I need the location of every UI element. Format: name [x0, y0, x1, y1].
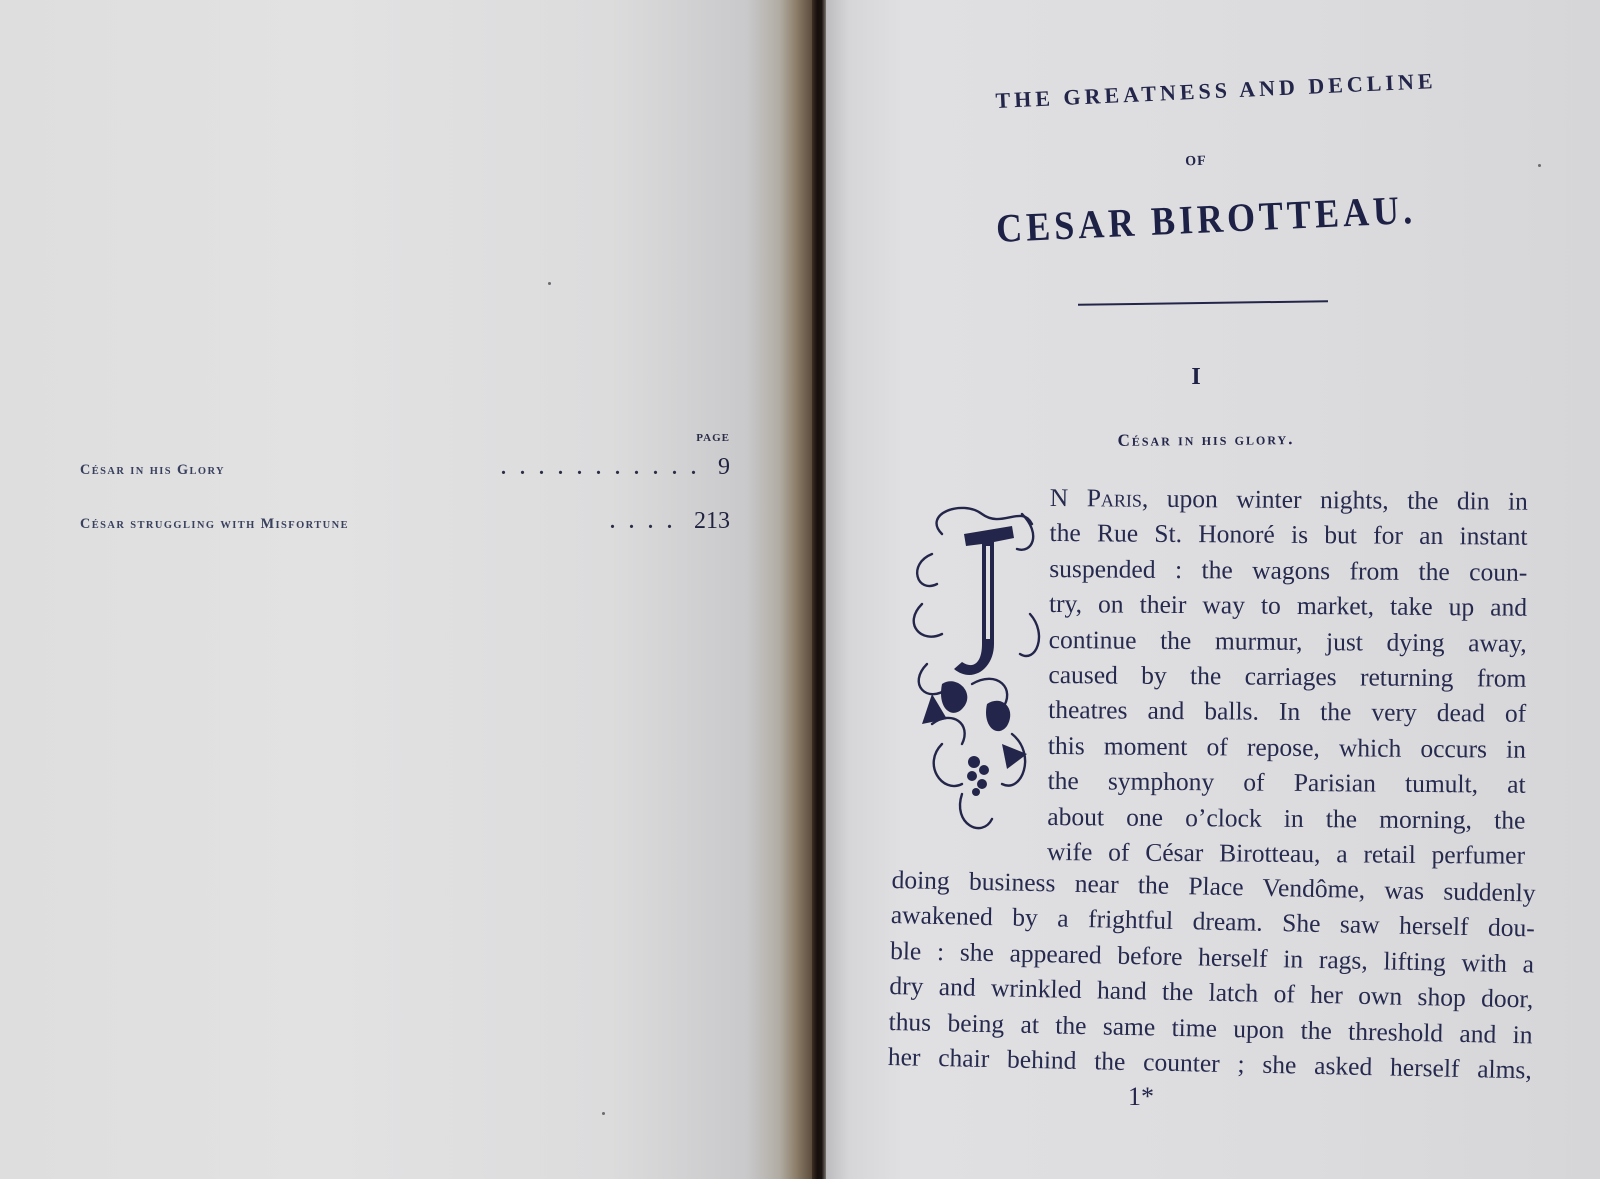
text-line: this moment of repose, which occurs in: [1048, 728, 1526, 767]
toc-page-column-header: PAGE: [696, 432, 730, 444]
book-title-main: CESAR BIROTTEAU.: [975, 185, 1437, 253]
toc-entry-title: César struggling with Misfortune: [80, 516, 349, 533]
title-rule-divider: [1078, 300, 1328, 305]
paper-speck: [548, 282, 551, 285]
paragraph-full-width: doing business near the Place Vendôme, w…: [888, 862, 1536, 1088]
text-line: suspended : the wagons from the coun-: [1049, 551, 1527, 590]
paper-speck: [1538, 164, 1541, 167]
text-line: caused by the carriages returning from: [1048, 657, 1526, 696]
chapter-opening: THE GREATNESS AND DECLINE OF CESAR BIROT…: [826, 0, 1600, 1179]
text-line: try, on their way to market, take up and: [1049, 586, 1527, 625]
left-page: [0, 0, 812, 1179]
toc-entry-title: César in his Glory: [80, 462, 225, 479]
text-line: N Paris, upon winter nights, the din in: [1050, 480, 1528, 519]
text-line: theatres and balls. In the very dead of: [1048, 692, 1526, 731]
toc-entry: César struggling with Misfortune .... 21…: [80, 508, 730, 535]
chapter-number: I: [1166, 364, 1226, 391]
chapter-title: César in his glory.: [1056, 428, 1356, 451]
book-gutter: [812, 0, 826, 1179]
paragraph-indented: N Paris, upon winter nights, the din in …: [1047, 480, 1528, 873]
toc-entry-page: 213: [694, 508, 730, 535]
ornamental-drop-cap-icon: [902, 494, 1048, 844]
text-line: about one o’clock in the morning, the: [1047, 799, 1525, 838]
text-line: the Rue St. Honoré is but for an instant: [1049, 515, 1527, 554]
toc-entry-page: 9: [718, 454, 730, 481]
toc-leader-dots: ...........: [233, 457, 710, 480]
text-line: the symphony of Parisian tumult, at: [1047, 763, 1525, 802]
toc-leader-dots: ....: [363, 511, 686, 534]
text-line: continue the murmur, just dying away,: [1049, 622, 1527, 661]
toc-entry: César in his Glory ........... 9: [80, 454, 730, 481]
book-title-of: OF: [1136, 152, 1256, 172]
book-title-line1: THE GREATNESS AND DECLINE: [936, 65, 1497, 116]
signature-mark: 1*: [1128, 1082, 1154, 1112]
paper-speck: [602, 1112, 605, 1115]
